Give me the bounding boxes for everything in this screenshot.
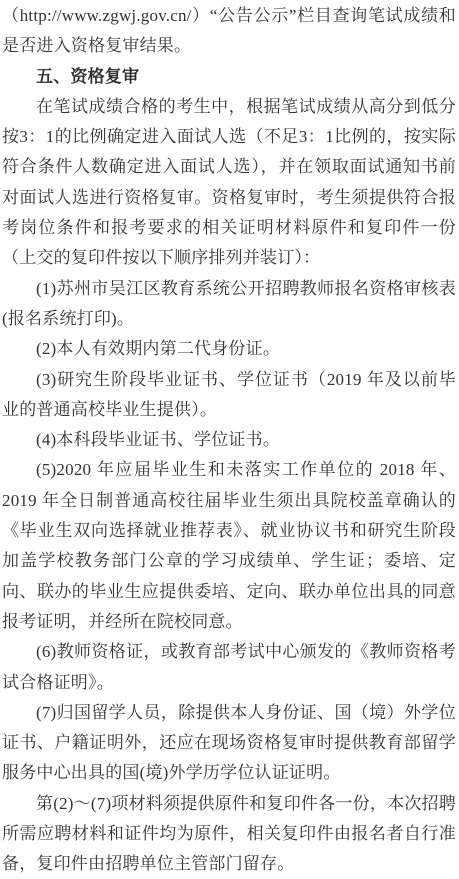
- paragraph-closing: 第(2)～(7)项材料须提供原件和复印件各一份，本次招聘所需应聘材料和证件均为原…: [2, 789, 456, 879]
- list-item-5: (5)2020 年应届毕业生和未落实工作单位的 2018 年、2019 年全日制…: [2, 455, 456, 637]
- paragraph-continuation: （http://www.zgwj.gov.cn/）“公告公示”栏目查询笔试成绩和…: [2, 1, 456, 62]
- document-page: （http://www.zgwj.gov.cn/）“公告公示”栏目查询笔试成绩和…: [0, 0, 459, 879]
- list-item-1: (1)苏州市吴江区教育系统公开招聘教师报名资格审核表(报名系统打印)。: [2, 274, 456, 335]
- list-item-3: (3)研究生阶段毕业证书、学位证书（2019 年及以前毕业的普通高校毕业生提供）…: [2, 365, 456, 426]
- list-item-4: (4)本科段毕业证书、学位证书。: [2, 425, 456, 455]
- paragraph-intro: 在笔试成绩合格的考生中，根据笔试成绩从高分到低分按3：1的比例确定进入面试人选（…: [2, 92, 456, 274]
- section-heading: 五、资格复审: [2, 62, 456, 92]
- list-item-7: (7)归国留学人员，除提供本人身份证、国（境）外学位证书、户籍证明外，还应在现场…: [2, 698, 456, 789]
- list-item-6: (6)教师资格证，或教育部考试中心颁发的《教师资格考试合格证明》。: [2, 637, 456, 698]
- list-item-2: (2)本人有效期内第二代身份证。: [2, 334, 456, 364]
